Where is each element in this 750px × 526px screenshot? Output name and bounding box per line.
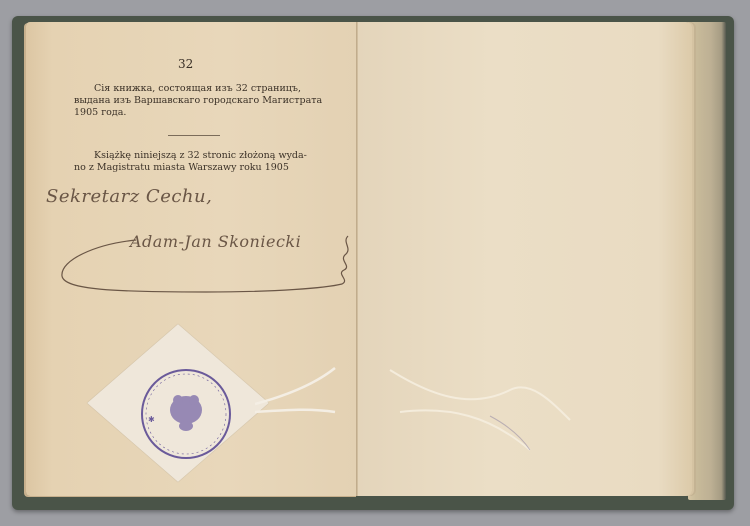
russian-line-3: 1905 года.	[74, 107, 330, 119]
russian-line-2: выдана изъ Варшавскаго городскаго Магист…	[74, 95, 330, 107]
russian-text: Сія книжка, состоящая изъ 32 страницъ, в…	[74, 83, 330, 119]
page-gutter	[356, 22, 358, 496]
russian-line-1: Сія книжка, состоящая изъ 32 страницъ,	[74, 83, 330, 95]
book-spine-cloth	[688, 22, 726, 500]
signature-flourish	[56, 226, 356, 298]
divider-rule	[168, 135, 220, 136]
seal-string	[255, 360, 345, 420]
polish-line-1: Książkę niniejszą z 32 stronic złożoną w…	[74, 150, 336, 162]
handwritten-title: Sekretarz Cechu,	[46, 186, 212, 207]
polish-text: Książkę niniejszą z 32 stronic złożoną w…	[74, 150, 336, 174]
embossed-imprint	[380, 340, 580, 460]
seal-stamp: ✱	[134, 362, 244, 472]
eagle-emblem-icon	[170, 395, 202, 431]
page-number: 32	[178, 57, 193, 71]
svg-text:✱: ✱	[148, 415, 155, 424]
polish-line-2: no z Magistratu miasta Warszawy roku 190…	[74, 162, 336, 174]
